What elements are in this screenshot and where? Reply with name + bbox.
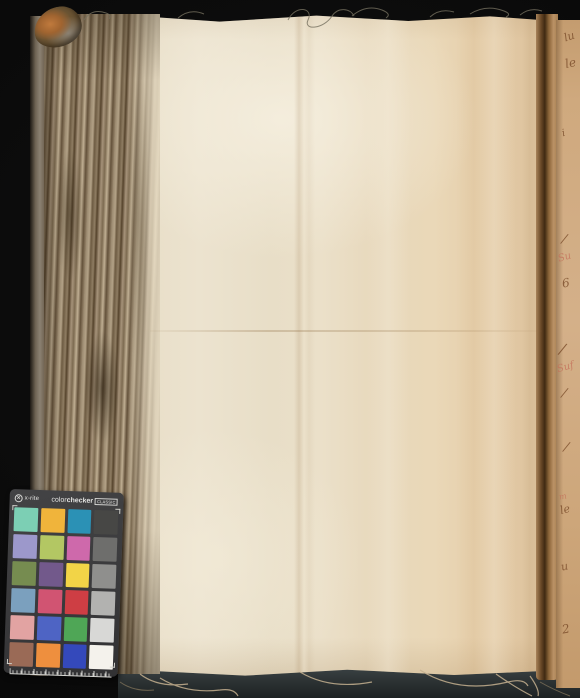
registration-corner-mark: [115, 509, 120, 514]
colorchecker-patch-red: [64, 590, 89, 615]
colorchecker-card: ✕ x-rite colorchecker CLASSIC: [4, 489, 124, 677]
colorchecker-patch-dark-skin: [9, 642, 34, 667]
colorchecker-patch-bluish-green: [14, 507, 39, 532]
colorchecker-patch-cyan: [67, 509, 92, 534]
colorchecker-patch-light-skin: [10, 615, 35, 640]
colorchecker-patch-purplish-blue: [36, 616, 61, 641]
colorchecker-patch-purple: [38, 562, 63, 587]
colorchecker-grid: [9, 507, 118, 670]
colorchecker-patch-green: [63, 617, 88, 642]
archival-photo: lulei/Su6/Suf//mleu2 ✕: [0, 0, 580, 698]
handwriting-fragment: 2: [561, 621, 571, 636]
handwriting-fragment: lu: [562, 29, 576, 45]
colorchecker-patch-orange-yellow: [40, 508, 65, 533]
handwriting-fragment: /: [560, 386, 567, 402]
colorchecker-patch-foliage: [12, 561, 37, 586]
classic-badge: CLASSIC: [95, 497, 118, 505]
handwriting-fragment: /: [560, 232, 567, 248]
handwriting-fragment: Su: [557, 250, 573, 264]
colorchecker-patch-blue-flower: [13, 534, 38, 559]
colorchecker-patch-yellow: [65, 563, 90, 588]
handwriting-fragment: /: [558, 340, 567, 359]
next-page-handwriting-sliver: lulei/Su6/Suf//mleu2: [556, 20, 580, 688]
handwriting-fragment: i: [561, 128, 567, 139]
handwriting-fragment: 6: [561, 275, 571, 290]
colorchecker-patch-neutral-8: [90, 618, 115, 643]
registration-corner-mark: [12, 505, 17, 510]
stain-blotch: [128, 60, 150, 380]
colorchecker-patch-blue-sky: [11, 588, 36, 613]
handwriting-fragment: le: [559, 502, 572, 517]
xrite-brand-label: x-rite: [25, 496, 40, 503]
registration-corner-mark: [7, 659, 12, 664]
handwriting-fragment: m: [558, 491, 567, 501]
page-block-fore-edge: [536, 14, 558, 680]
horizontal-crease: [150, 330, 542, 332]
colorchecker-patch-yellow-green: [39, 535, 64, 560]
xrite-brand: ✕ x-rite: [15, 494, 40, 503]
handwriting-fragment: le: [564, 55, 578, 71]
colorchecker-patch-neutral-6-5: [91, 591, 116, 616]
stain-blotch: [84, 330, 120, 445]
colorchecker-patch-magenta: [66, 536, 91, 561]
colorchecker-patch-neutral-3-5: [93, 537, 118, 562]
stain-blotch: [56, 150, 84, 280]
colorchecker-ruler: [10, 668, 112, 678]
handwriting-fragment: Suf: [556, 360, 575, 375]
colorchecker-patch-neutral-5: [92, 564, 117, 589]
xrite-target-icon: ✕: [15, 494, 23, 502]
colorchecker-header: ✕ x-rite colorchecker CLASSIC: [9, 489, 123, 508]
registration-corner-mark: [110, 663, 115, 668]
colorchecker-wordmark: colorchecker CLASSIC: [51, 496, 117, 505]
colorchecker-patch-orange: [36, 643, 61, 668]
colorchecker-wordmark-light: colorchecker: [51, 496, 93, 504]
colorchecker-patch-blue: [62, 644, 87, 669]
colorchecker-patch-moderate-red: [37, 589, 62, 614]
handwriting-fragment: /: [562, 440, 569, 456]
handwriting-fragment: u: [560, 559, 570, 573]
